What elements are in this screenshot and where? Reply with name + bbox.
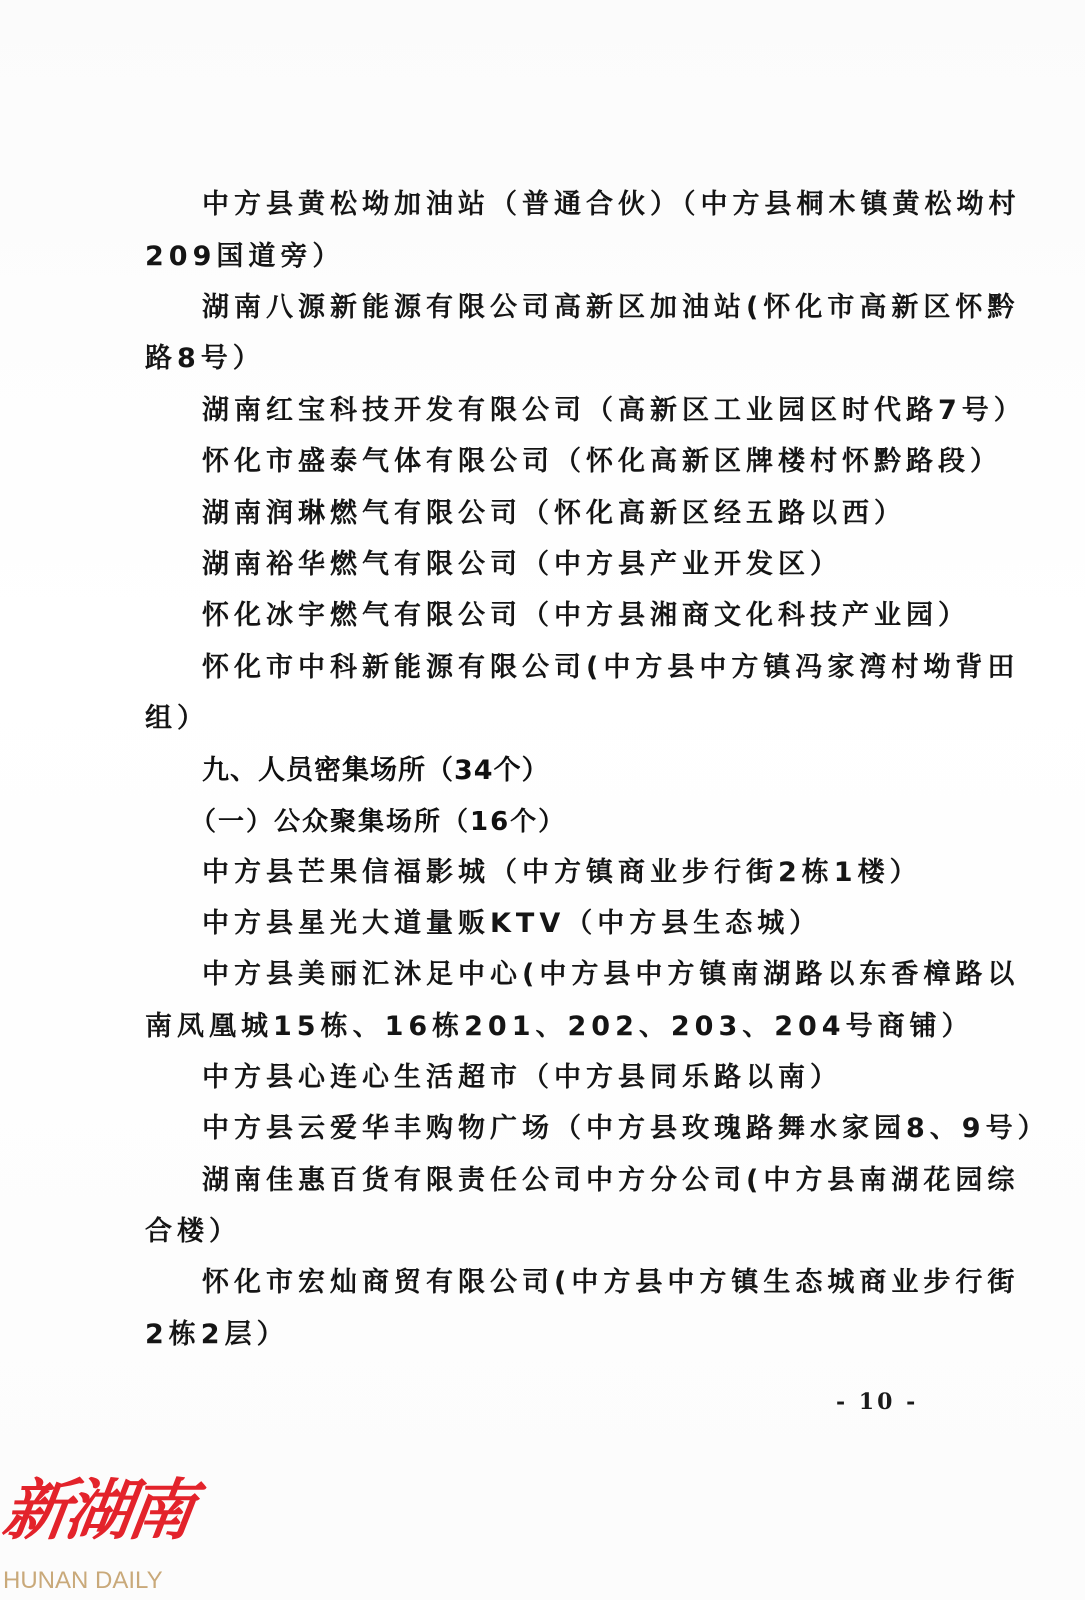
entry-line: 湖南八源新能源有限公司高新区加油站(怀化市高新区怀黔 <box>202 291 1019 325</box>
entry-line-continuation: 2栋2层） <box>145 1318 289 1352</box>
entry-line: 中方县云爱华丰购物广场（中方县玫瑰路舞水家园8、9号） <box>202 1112 1050 1146</box>
entry-line-continuation: 209国道旁） <box>145 240 344 274</box>
watermark-subtitle: HUNAN DAILY <box>3 1566 163 1596</box>
entry-line-continuation: 路8号） <box>145 342 265 376</box>
entry-line: 中方县美丽汇沐足中心(中方县中方镇南湖路以东香樟路以 <box>202 958 1019 992</box>
entry-line: 怀化市宏灿商贸有限公司(中方县中方镇生态城商业步行街 <box>202 1266 1019 1300</box>
entry-line: 湖南佳惠百货有限责任公司中方分公司(中方县南湖花园综 <box>202 1164 1019 1198</box>
hunan-daily-watermark-logo: 新湖南 HUNAN DAILY <box>0 1468 220 1600</box>
entry-line: 怀化冰宇燃气有限公司（中方县湘商文化科技产业园） <box>202 599 970 633</box>
document-page: 中方县黄松坳加油站（普通合伙）（中方县桐木镇黄松坳村 209国道旁） 湖南八源新… <box>0 0 1085 1600</box>
entry-line: 湖南润琳燃气有限公司（怀化高新区经五路以西） <box>202 497 906 531</box>
subsection-heading: （一）公众聚集场所（16个） <box>190 805 566 839</box>
page-number: - 10 - <box>836 1389 918 1415</box>
entry-line: 湖南红宝科技开发有限公司（高新区工业园区时代路7号） <box>202 394 1026 428</box>
entry-line: 怀化市盛泰气体有限公司（怀化高新区牌楼村怀黔路段） <box>202 445 1002 479</box>
entry-line: 中方县芒果信福影城（中方镇商业步行街2栋1楼） <box>202 856 922 890</box>
entry-line: 中方县心连心生活超市（中方县同乐路以南） <box>202 1061 842 1095</box>
entry-line: 湖南裕华燃气有限公司（中方县产业开发区） <box>202 548 842 582</box>
entry-line: 中方县黄松坳加油站（普通合伙）（中方县桐木镇黄松坳村 <box>202 188 1021 222</box>
watermark-title: 新湖南 <box>0 1468 196 1552</box>
entry-line: 怀化市中科新能源有限公司(中方县中方镇冯家湾村坳背田 <box>202 651 1019 685</box>
entry-line-continuation: 组） <box>145 702 209 736</box>
entry-line-continuation: 合楼） <box>145 1215 241 1249</box>
entry-line: 中方县星光大道量贩KTV（中方县生态城） <box>202 907 821 941</box>
section-heading: 九、人员密集场所（34个） <box>202 754 550 788</box>
entry-line-continuation: 南凤凰城15栋、16栋201、202、203、204号商铺） <box>145 1010 974 1044</box>
